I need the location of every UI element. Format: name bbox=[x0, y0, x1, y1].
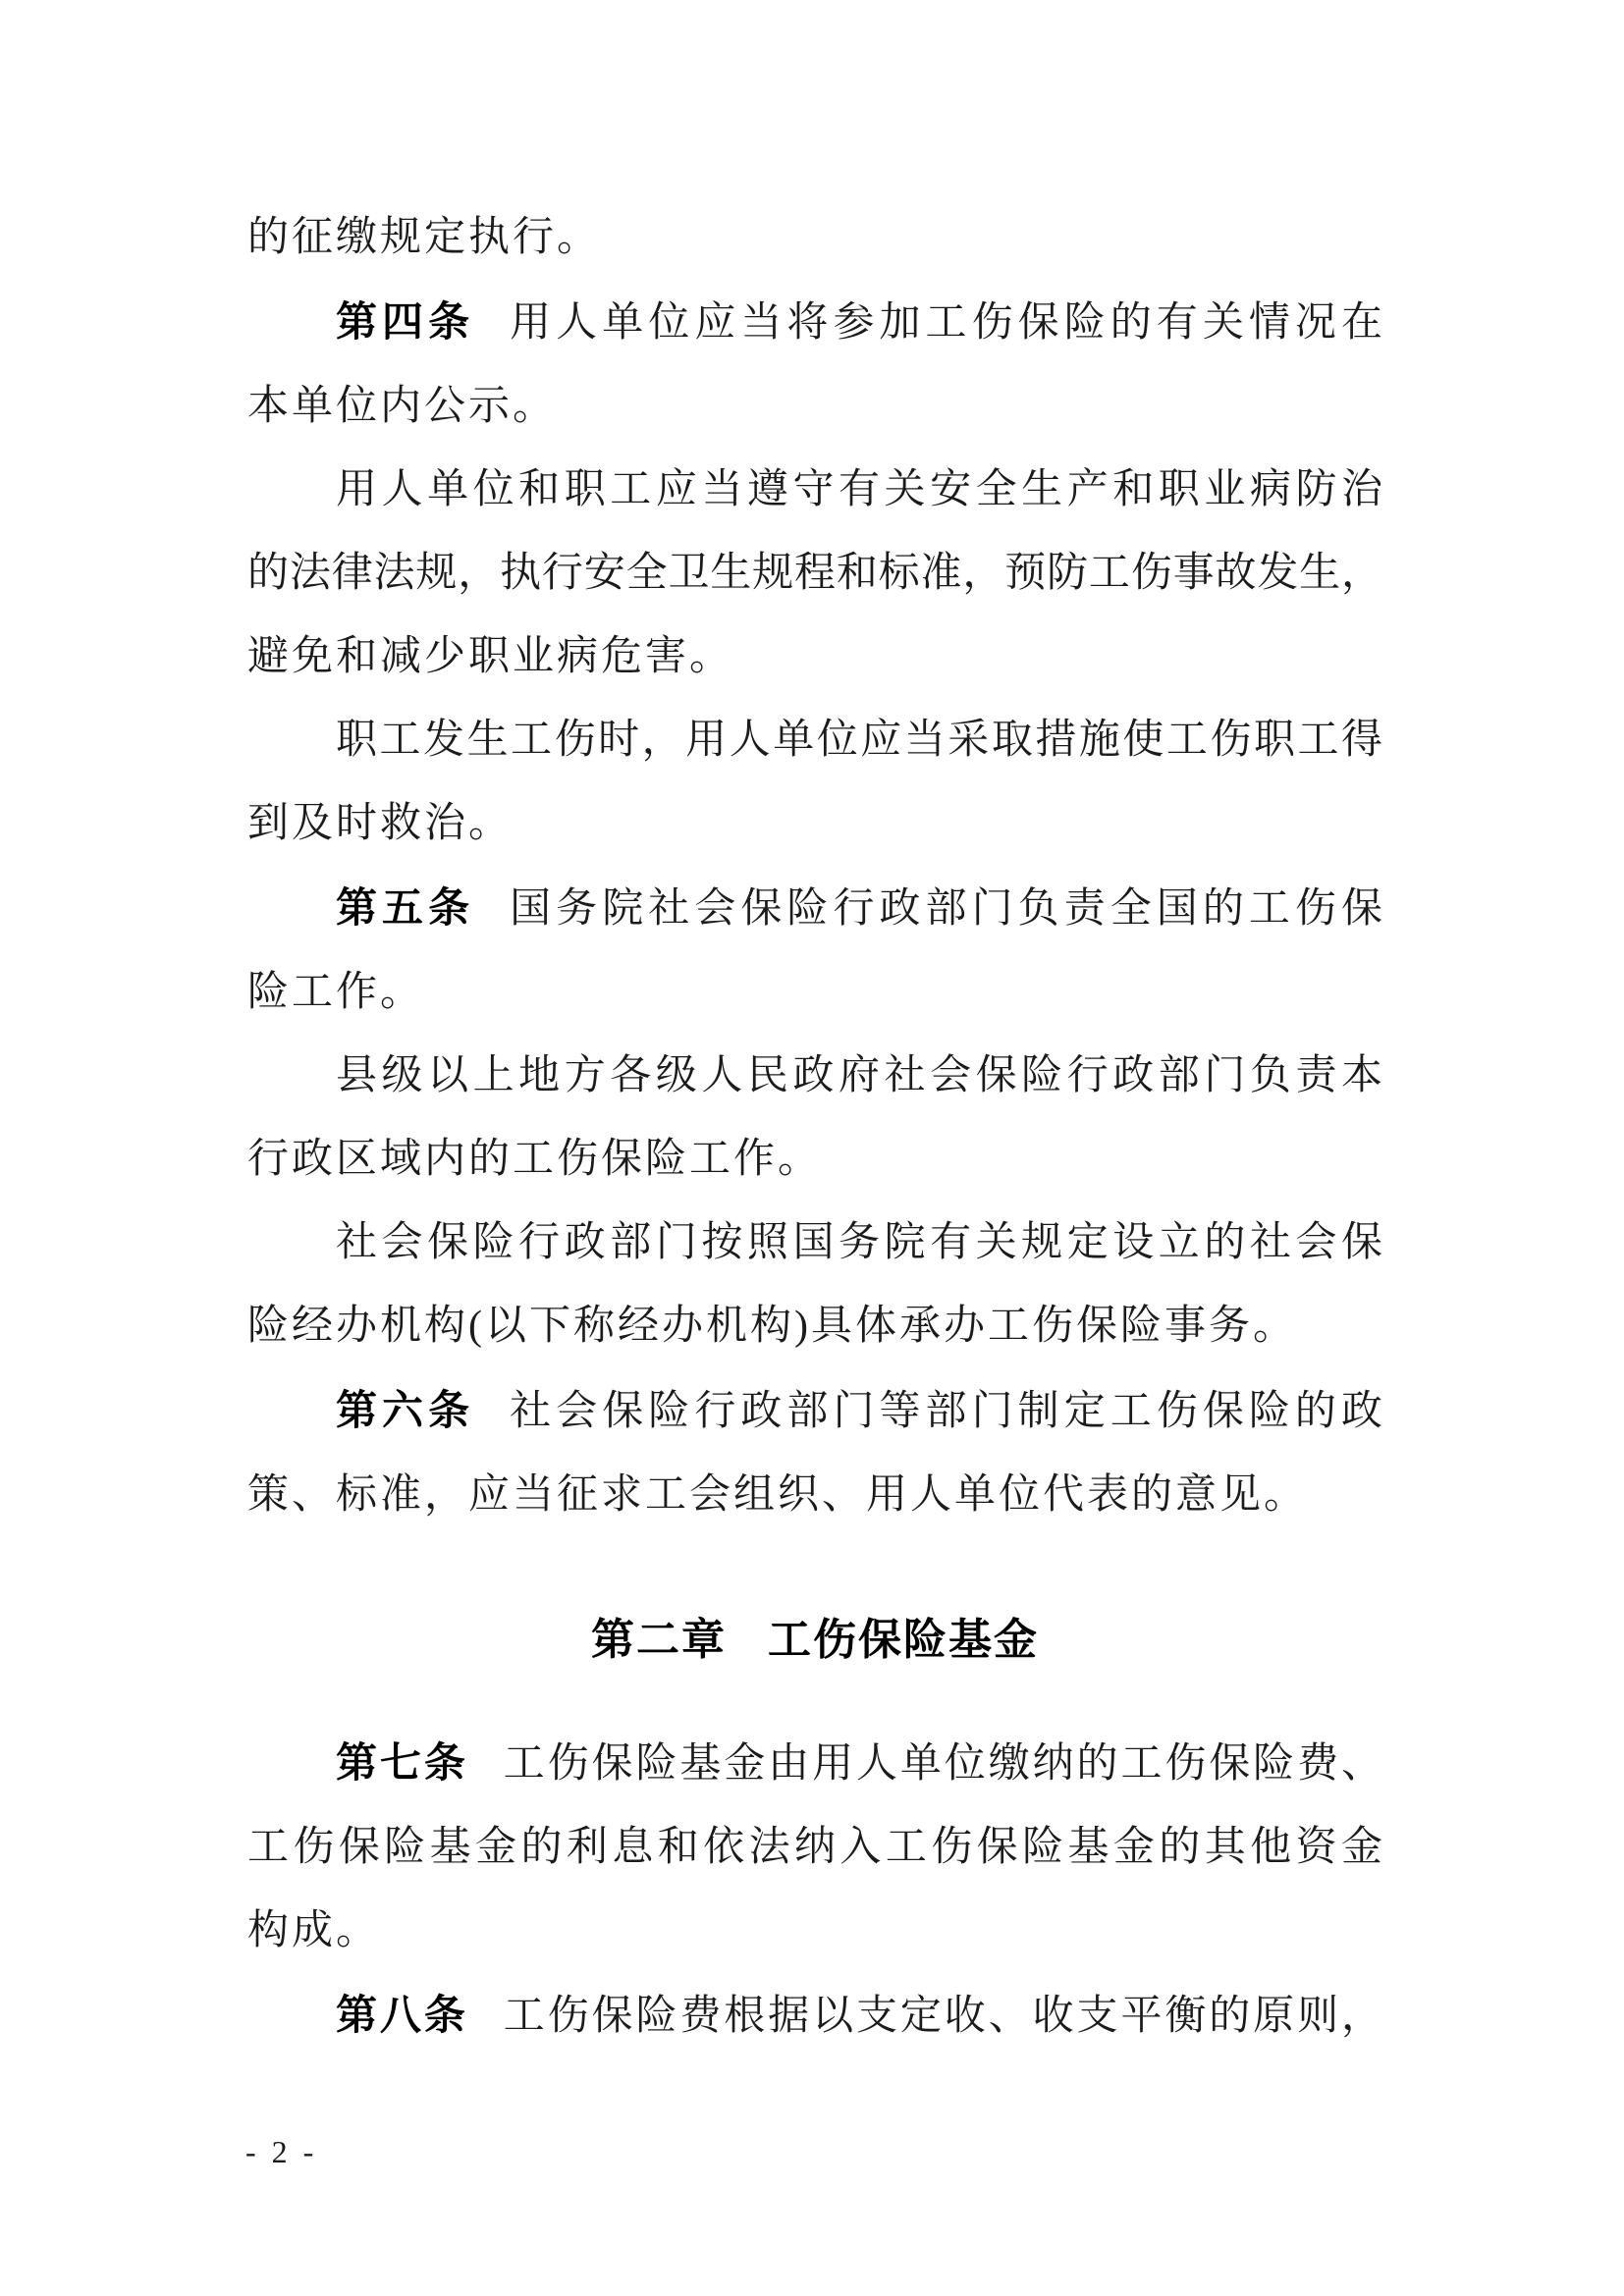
text-line: 到及时救治。 bbox=[247, 782, 1382, 866]
text-line: 第四条用人单位应当将参加工伤保险的有关情况在 bbox=[247, 280, 1382, 365]
article-number: 第五条 bbox=[336, 884, 474, 931]
line-text: 用人单位和职工应当遵守有关安全生产和职业病防治 bbox=[336, 467, 1382, 512]
text-line: 险工作。 bbox=[247, 951, 1382, 1035]
line-text: 的法律法规，执行安全卫生规程和标准，预防工伤事故发生， bbox=[247, 551, 1382, 596]
text-line: 职工发生工伤时，用人单位应当采取措施使工伤职工得 bbox=[247, 699, 1382, 782]
line-text: 工伤保险基金由用人单位缴纳的工伤保险费、 bbox=[504, 1741, 1382, 1787]
text-line: 构成。 bbox=[247, 1890, 1382, 1973]
text-line: 工伤保险基金的利息和依法纳入工伤保险基金的其他资金 bbox=[247, 1806, 1382, 1890]
line-text: 险经办机构(以下称经办机构)具体承办工伤保险事务。 bbox=[247, 1304, 1297, 1349]
line-text: 县级以上地方各级人民政府社会保险行政部门负责本 bbox=[336, 1053, 1382, 1098]
text-line: 第八条工伤保险费根据以支定收、收支平衡的原则， bbox=[247, 1973, 1382, 2058]
line-text: 避免和减少职业病危害。 bbox=[247, 634, 733, 679]
line-text: 险工作。 bbox=[247, 970, 424, 1015]
line-text: 到及时救治。 bbox=[247, 801, 513, 846]
line-text: 行政区域内的工伤保险工作。 bbox=[247, 1137, 822, 1182]
line-text: 用人单位应当将参加工伤保险的有关情况在 bbox=[510, 300, 1382, 346]
text-line: 行政区域内的工伤保险工作。 bbox=[247, 1118, 1382, 1201]
article-number: 第四条 bbox=[336, 298, 474, 345]
text-line: 的法律法规，执行安全卫生规程和标准，预防工伤事故发生， bbox=[247, 532, 1382, 615]
chapter-heading: 第二章工伤保险基金 bbox=[247, 1598, 1382, 1682]
line-text: 社会保险行政部门按照国务院有关规定设立的社会保 bbox=[336, 1220, 1382, 1265]
document-page: 的征缴规定执行。 第四条用人单位应当将参加工伤保险的有关情况在 本单位内公示。 … bbox=[0, 0, 1624, 2296]
line-text: 工伤保险基金的利息和依法纳入工伤保险基金的其他资金 bbox=[247, 1825, 1382, 1870]
text-line: 第五条国务院社会保险行政部门负责全国的工伤保 bbox=[247, 866, 1382, 951]
text-line: 的征缴规定执行。 bbox=[247, 196, 1382, 280]
line-text: 国务院社会保险行政部门负责全国的工伤保 bbox=[510, 886, 1382, 932]
text-line: 第七条工伤保险基金由用人单位缴纳的工伤保险费、 bbox=[247, 1721, 1382, 1806]
article-number: 第八条 bbox=[336, 1992, 468, 2038]
text-line: 本单位内公示。 bbox=[247, 365, 1382, 449]
text-line: 第六条社会保险行政部门等部门制定工伤保险的政 bbox=[247, 1368, 1382, 1454]
text-line: 社会保险行政部门按照国务院有关规定设立的社会保 bbox=[247, 1201, 1382, 1285]
line-text: 构成。 bbox=[247, 1908, 380, 1953]
text-line: 险经办机构(以下称经办机构)具体承办工伤保险事务。 bbox=[247, 1285, 1382, 1368]
line-text: 本单位内公示。 bbox=[247, 384, 557, 429]
text-line: 用人单位和职工应当遵守有关安全生产和职业病防治 bbox=[247, 449, 1382, 532]
line-text: 策、标准，应当征求工会组织、用人单位代表的意见。 bbox=[247, 1472, 1308, 1518]
text-line: 避免和减少职业病危害。 bbox=[247, 615, 1382, 699]
text-line: 县级以上地方各级人民政府社会保险行政部门负责本 bbox=[247, 1035, 1382, 1118]
document-body: 的征缴规定执行。 第四条用人单位应当将参加工伤保险的有关情况在 本单位内公示。 … bbox=[247, 196, 1382, 2058]
line-text: 的征缴规定执行。 bbox=[247, 215, 601, 260]
line-text: 工伤保险费根据以支定收、收支平衡的原则， bbox=[504, 1994, 1382, 2039]
article-number: 第六条 bbox=[336, 1387, 474, 1433]
text-line: 策、标准，应当征求工会组织、用人单位代表的意见。 bbox=[247, 1454, 1382, 1537]
page-number: - 2 - bbox=[245, 2127, 317, 2176]
line-text: 社会保险行政部门等部门制定工伤保险的政 bbox=[510, 1389, 1382, 1434]
line-text: 职工发生工伤时，用人单位应当采取措施使工伤职工得 bbox=[336, 718, 1382, 763]
chapter-title: 工伤保险基金 bbox=[768, 1616, 1039, 1664]
chapter-number: 第二章 bbox=[591, 1616, 727, 1664]
article-number: 第七条 bbox=[336, 1739, 468, 1786]
